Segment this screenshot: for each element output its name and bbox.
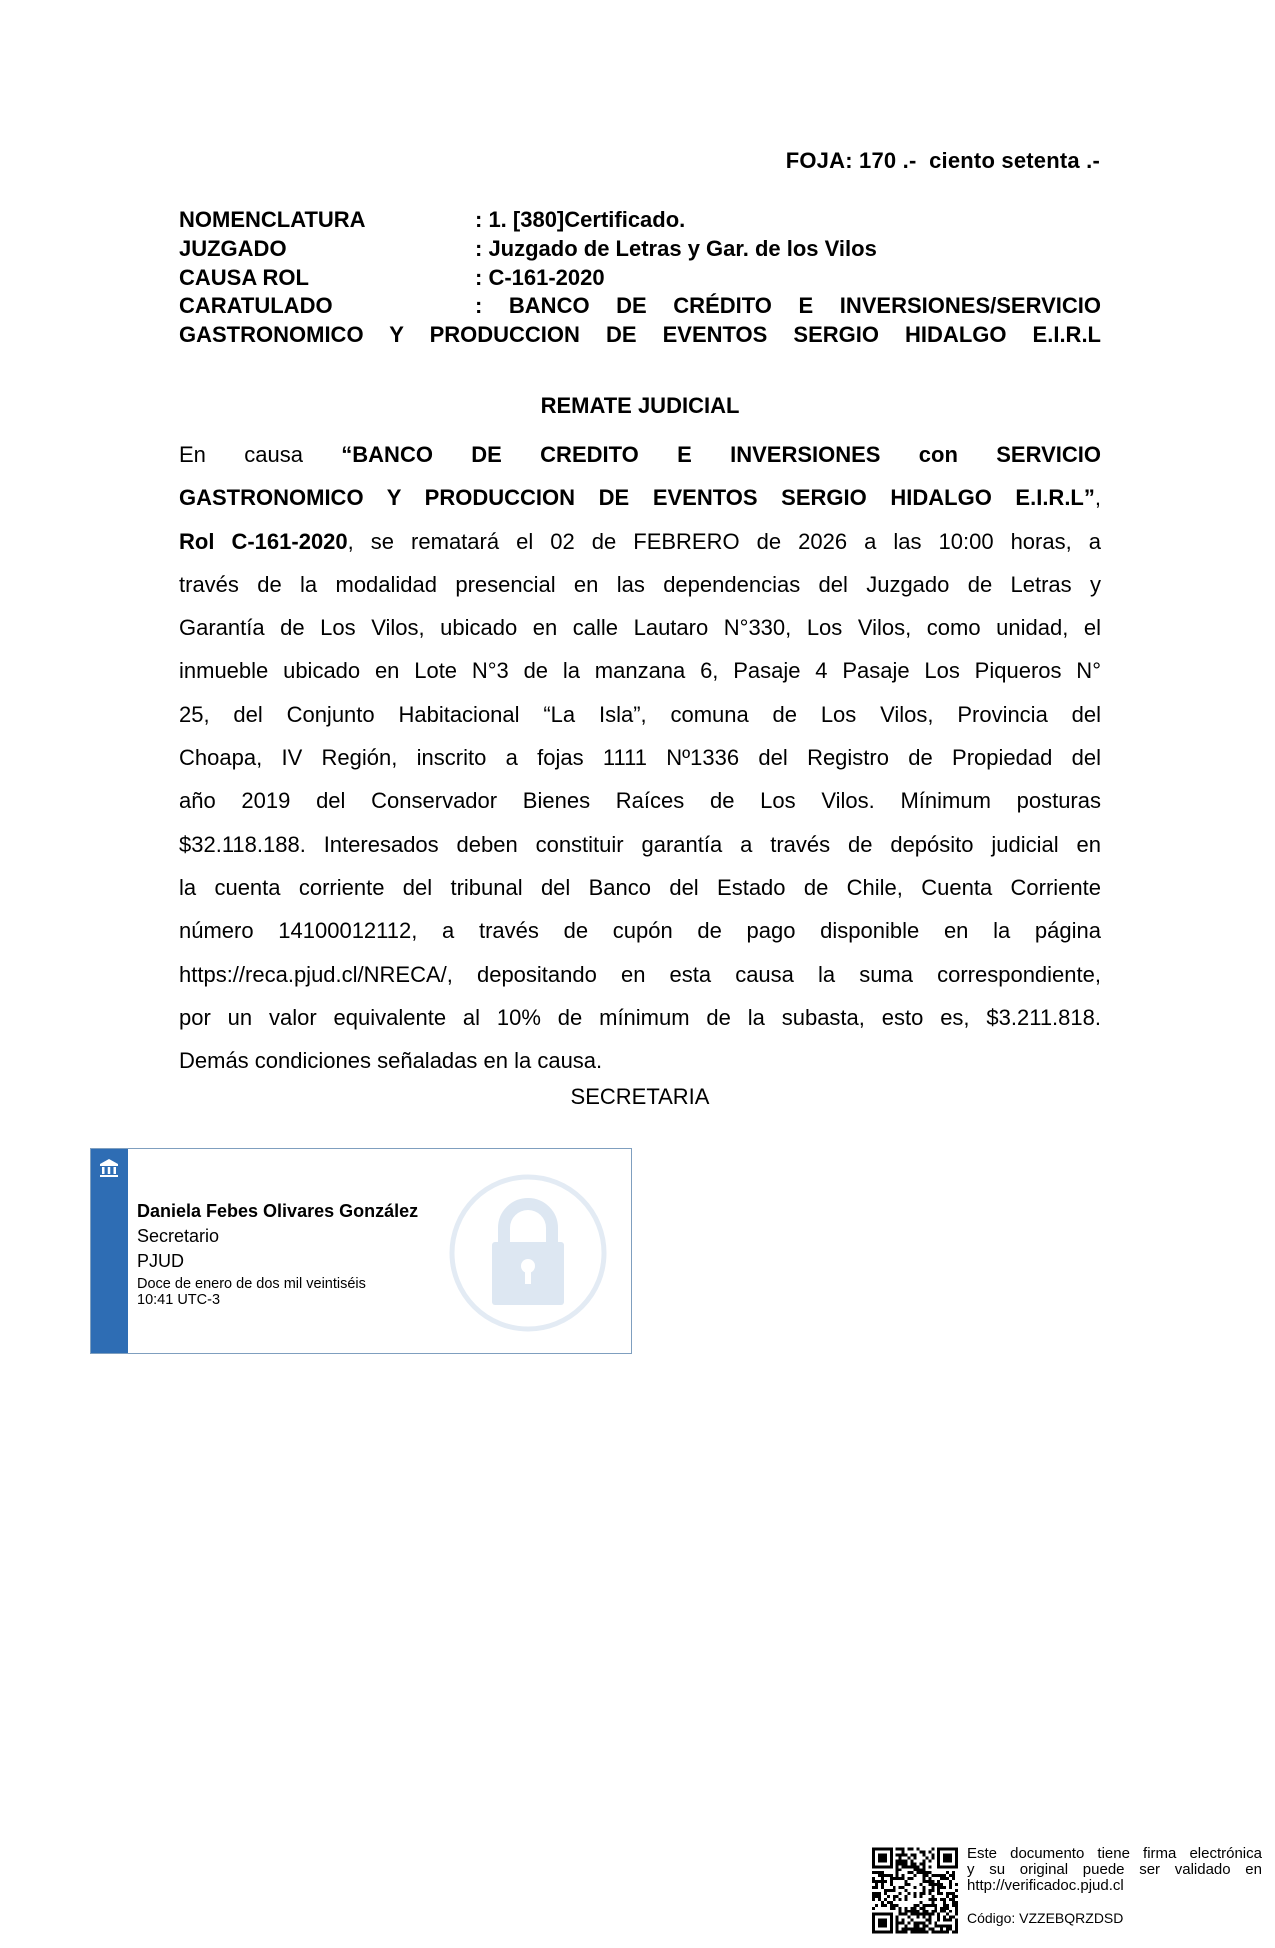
body-line: GASTRONOMICO Y PRODUCCION DE EVENTOS SER… xyxy=(179,476,1101,519)
body-bold-text: “BANCO DE CREDITO E INVERSIONES con SERV… xyxy=(341,442,1101,467)
foja-number: FOJA: 170 .- ciento setenta .- xyxy=(700,148,1100,174)
meta-word: INVERSIONES/SERVICIO xyxy=(840,292,1101,321)
meta-row-nomenclatura: NOMENCLATURA : 1. [380]Certificado. xyxy=(179,206,1101,235)
case-metadata: NOMENCLATURA : 1. [380]Certificado. JUZG… xyxy=(179,206,1101,350)
meta-label: JUZGADO xyxy=(179,235,287,264)
body-line: https://reca.pjud.cl/NRECA/, depositando… xyxy=(179,953,1101,996)
body-line: Rol C-161-2020, se rematará el 02 de FEB… xyxy=(179,520,1101,563)
verification-code: Código: VZZEBQRZDSD xyxy=(967,1910,1262,1926)
closing-secretaria: SECRETARIA xyxy=(179,1084,1101,1110)
meta-value: : C-161-2020 xyxy=(475,264,605,293)
body-bold-text: Rol C-161-2020 xyxy=(179,529,348,554)
verification-line: Este documento tiene firma electrónica xyxy=(967,1846,1262,1862)
body-line: Demás condiciones señaladas en la causa. xyxy=(179,1039,1101,1082)
verification-note: Este documento tiene firma electrónica y… xyxy=(967,1846,1262,1926)
meta-label: CAUSA ROL xyxy=(179,264,309,293)
signature-text: Daniela Febes Olivares González Secretar… xyxy=(137,1199,418,1308)
verification-line: y su original puede ser validado en xyxy=(967,1862,1262,1878)
meta-row-causa-rol: CAUSA ROL : C-161-2020 xyxy=(179,264,1101,293)
meta-word: BANCO xyxy=(509,292,590,321)
padlock-icon xyxy=(447,1172,609,1334)
body-line: Garantía de Los Vilos, ubicado en calle … xyxy=(179,606,1101,649)
meta-value: : 1. [380]Certificado. xyxy=(475,206,685,235)
verification-url[interactable]: http://verificadoc.pjud.cl xyxy=(967,1878,1262,1894)
meta-word: DE xyxy=(616,292,647,321)
qr-code-icon[interactable] xyxy=(872,1846,958,1935)
meta-word: E xyxy=(798,292,813,321)
body-line: través de la modalidad presencial en las… xyxy=(179,563,1101,606)
meta-row-caratulado-cont: GASTRONOMICO Y PRODUCCION DE EVENTOS SER… xyxy=(179,321,1101,350)
meta-label: CARATULADO xyxy=(179,292,333,321)
courthouse-icon xyxy=(98,1157,120,1179)
body-line: por un valor equivalente al 10% de mínim… xyxy=(179,996,1101,1039)
meta-word: : xyxy=(475,292,482,321)
body-line: número 14100012112, a través de cupón de… xyxy=(179,909,1101,952)
meta-word: CRÉDITO xyxy=(673,292,772,321)
document-title: REMATE JUDICIAL xyxy=(179,393,1101,419)
document-body: En causa “BANCO DE CREDITO E INVERSIONES… xyxy=(179,433,1101,1082)
signer-org: PJUD xyxy=(137,1249,418,1274)
body-line: $32.118.188. Interesados deben constitui… xyxy=(179,823,1101,866)
body-line: año 2019 del Conservador Bienes Raíces d… xyxy=(179,779,1101,822)
body-line: 25, del Conjunto Habitacional “La Isla”,… xyxy=(179,693,1101,736)
signature-time: 10:41 UTC-3 xyxy=(137,1292,418,1308)
body-line: la cuenta corriente del tribunal del Ban… xyxy=(179,866,1101,909)
meta-row-caratulado: CARATULADO :BANCODECRÉDITOEINVERSIONES/S… xyxy=(179,292,1101,321)
body-line: Choapa, IV Región, inscrito a fojas 1111… xyxy=(179,736,1101,779)
meta-value: : Juzgado de Letras y Gar. de los Vilos xyxy=(475,235,877,264)
signer-name: Daniela Febes Olivares González xyxy=(137,1199,418,1224)
electronic-signature-box: Daniela Febes Olivares González Secretar… xyxy=(90,1148,632,1354)
meta-label: NOMENCLATURA xyxy=(179,206,366,235)
meta-value: :BANCODECRÉDITOEINVERSIONES/SERVICIO xyxy=(475,292,1101,321)
signer-role: Secretario xyxy=(137,1224,418,1249)
body-line: En causa “BANCO DE CREDITO E INVERSIONES… xyxy=(179,433,1101,476)
signature-accent-bar xyxy=(91,1149,128,1353)
body-line: inmueble ubicado en Lote N°3 de la manza… xyxy=(179,649,1101,692)
body-bold-text: GASTRONOMICO Y PRODUCCION DE EVENTOS SER… xyxy=(179,485,1095,510)
meta-row-juzgado: JUZGADO : Juzgado de Letras y Gar. de lo… xyxy=(179,235,1101,264)
signature-date: Doce de enero de dos mil veintiséis xyxy=(137,1276,418,1292)
